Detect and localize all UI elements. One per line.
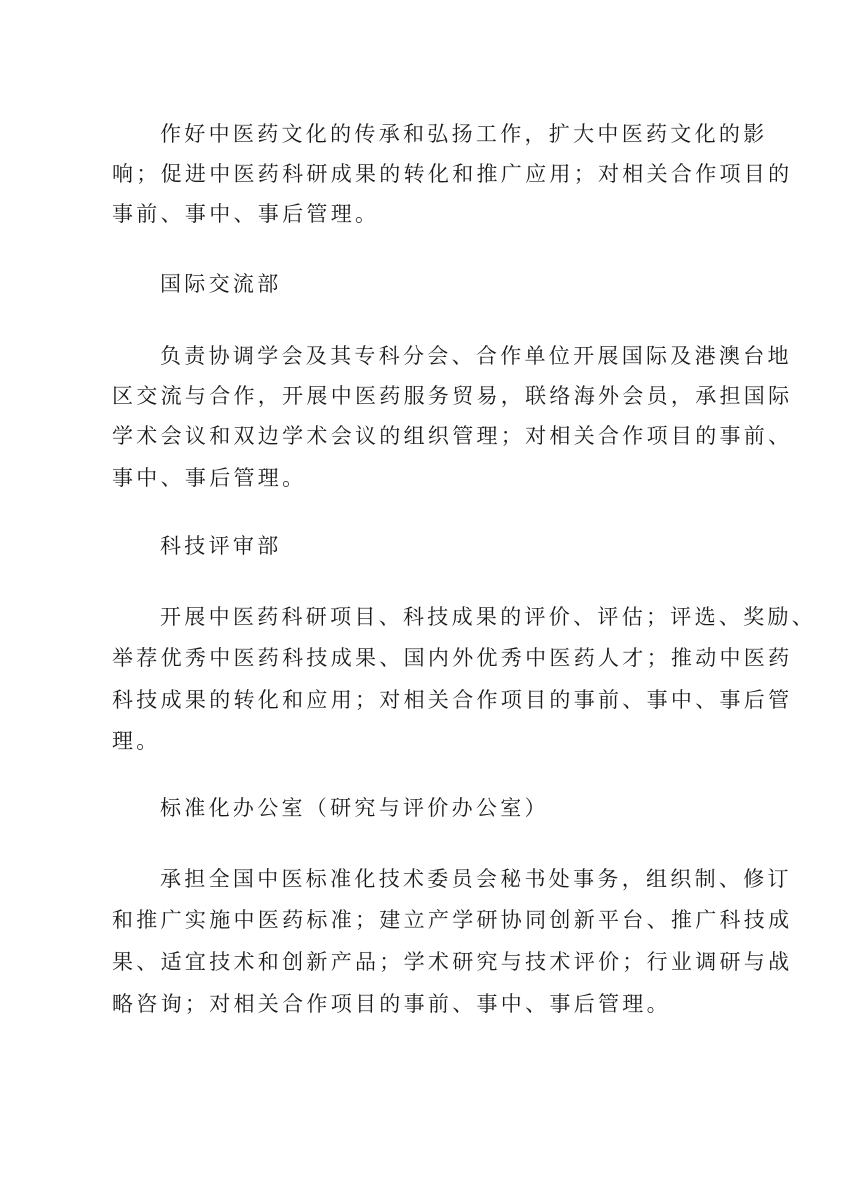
paragraph-line: 作好中医药文化的传承和弘扬工作，扩大中医药文化的影 — [160, 124, 768, 145]
paragraph-line: 学术会议和双边学术会议的组织管理；对相关合作项目的事前、 — [112, 426, 792, 447]
document-page: 作好中医药文化的传承和弘扬工作，扩大中医药文化的影 响；促进中医药科研成果的转化… — [0, 0, 848, 1200]
paragraph-line: 和推广实施中医药标准；建立产学研协同创新平台、推广科技成 — [112, 910, 792, 931]
paragraph-line: 事前、事中、事后管理。 — [112, 204, 379, 225]
paragraph-line: 响；促进中医药科研成果的转化和推广应用；对相关合作项目的 — [112, 164, 792, 185]
section-heading: 标准化办公室（研究与评价办公室） — [160, 798, 549, 819]
section-heading: 国际交流部 — [160, 274, 282, 295]
paragraph-line: 科技成果的转化和应用；对相关合作项目的事前、事中、事后管 — [112, 690, 792, 711]
paragraph-line: 果、适宜技术和创新产品；学术研究与技术评价；行业调研与战 — [112, 952, 792, 973]
paragraph-line: 开展中医药科研项目、科技成果的评价、评估；评选、奖励、 — [160, 607, 816, 628]
section-heading: 科技评审部 — [160, 536, 282, 557]
paragraph-line: 理。 — [112, 731, 161, 752]
paragraph-line: 区交流与合作，开展中医药服务贸易，联络海外会员，承担国际 — [112, 386, 792, 407]
paragraph-line: 负责协调学会及其专科分会、合作单位开展国际及港澳台地 — [160, 346, 792, 367]
paragraph-line: 略咨询；对相关合作项目的事前、事中、事后管理。 — [112, 994, 671, 1015]
paragraph-line: 承担全国中医标准化技术委员会秘书处事务，组织制、修订 — [160, 869, 792, 890]
paragraph-line: 举荐优秀中医药科技成果、国内外优秀中医药人才；推动中医药 — [112, 648, 792, 669]
paragraph-line: 事中、事后管理。 — [112, 468, 306, 489]
